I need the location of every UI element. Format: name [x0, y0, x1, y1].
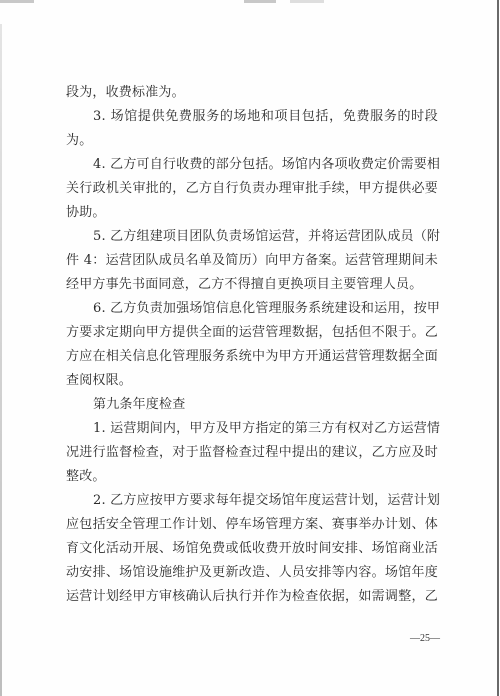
text-line: 育文化活动开展、场馆免费或低收费开放时间安排、场馆商业活 [66, 537, 438, 561]
text-line: 6. 乙方负责加强场馆信息化管理服务系统建设和运用，按甲 [66, 297, 438, 321]
text-line: 经甲方事先书面同意，乙方不得擅自更换项目主要管理人员。 [66, 273, 438, 297]
page-edge-left [0, 24, 2, 696]
body-text: 段为，收费标准为。3. 场馆提供免费服务的场地和项目包括，免费服务的时段为。4.… [66, 81, 438, 609]
document-page: 段为，收费标准为。3. 场馆提供免费服务的场地和项目包括，免费服务的时段为。4.… [0, 0, 500, 696]
page-number: —25— [400, 633, 440, 644]
text-line: 查阅权限。 [66, 369, 438, 393]
text-line: 整改。 [66, 465, 438, 489]
text-line: 第九条年度检查 [66, 393, 438, 417]
text-line: 动安排、场馆设施维护及更新改造、人员安排等内容。场馆年度 [66, 561, 438, 585]
scan-artifact [0, 0, 34, 3]
text-line: 运营计划经甲方审核确认后执行并作为检查依据，如需调整，乙 [66, 585, 438, 609]
text-line: 关行政机关审批的，乙方自行负责办理审批手续，甲方提供必要 [66, 177, 438, 201]
text-line: 协助。 [66, 201, 438, 225]
page-edge-right [497, 0, 499, 696]
text-line: 3. 场馆提供免费服务的场地和项目包括，免费服务的时段 [66, 105, 438, 129]
text-line: 应包括安全管理工作计划、停车场管理方案、赛事举办计划、体 [66, 513, 438, 537]
text-line: 2. 乙方应按甲方要求每年提交场馆年度运营计划，运营计划 [66, 489, 438, 513]
text-line: 1. 运营期间内，甲方及甲方指定的第三方有权对乙方运营情 [66, 417, 438, 441]
text-line: 况进行监督检查，对于监督检查过程中提出的建议，乙方应及时 [66, 441, 438, 465]
text-line: 为。 [66, 129, 438, 153]
scan-artifact [244, 0, 276, 3]
text-line: 段为，收费标准为。 [66, 81, 438, 105]
text-line: 方要求定期向甲方提供全面的运营管理数据，包括但不限于。乙 [66, 321, 438, 345]
text-line: 件 4：运营团队成员名单及简历）向甲方备案。运营管理期间未 [66, 249, 438, 273]
text-line: 5. 乙方组建项目团队负责场馆运营，并将运营团队成员（附 [66, 225, 438, 249]
text-line: 方应在相关信息化管理服务系统中为甲方开通运营管理数据全面 [66, 345, 438, 369]
text-line: 4. 乙方可自行收费的部分包括。场馆内各项收费定价需要相 [66, 153, 438, 177]
scan-artifact [290, 0, 324, 3]
